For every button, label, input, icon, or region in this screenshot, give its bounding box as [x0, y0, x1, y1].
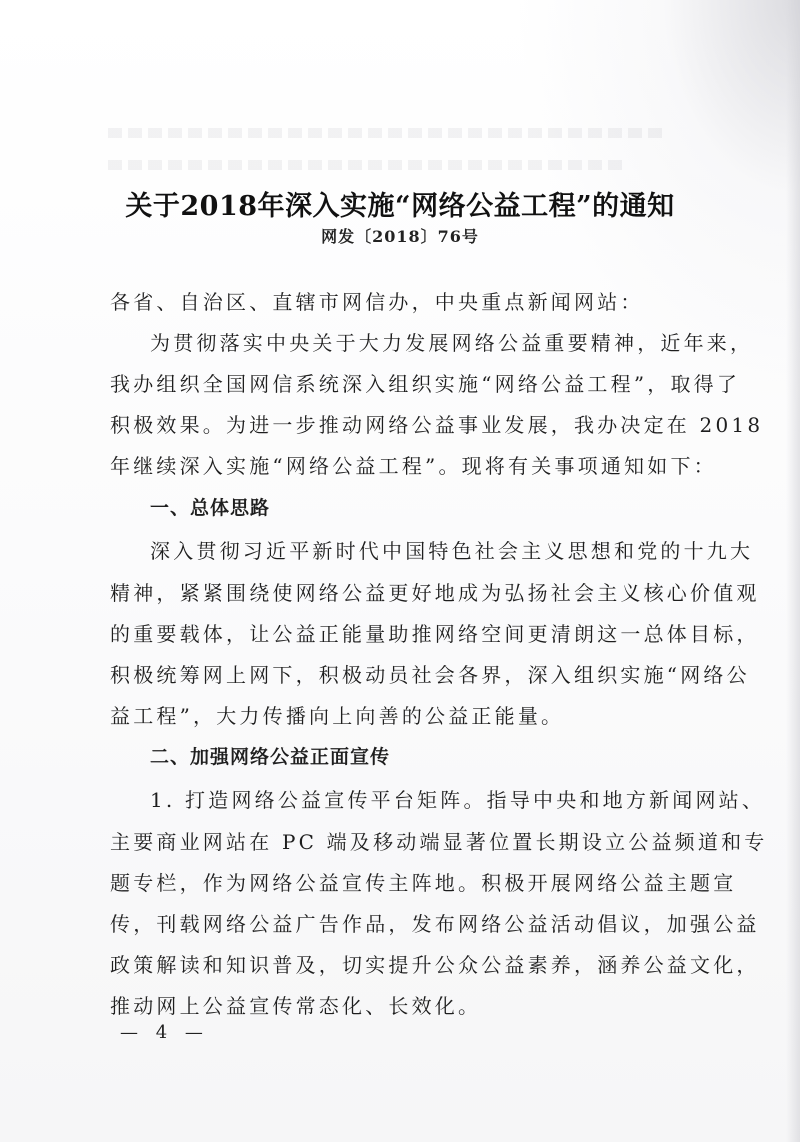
section-heading: 一、总体思路	[150, 493, 760, 520]
section-line: 1. 打造网络公益宣传平台矩阵。指导中央和地方新闻网站、	[150, 784, 760, 813]
section-line: 传，刊载网络公益广告作品，发布网络公益活动倡议，加强公益	[110, 908, 720, 937]
section-line: 精神，紧紧围绕使网络公益更好地成为弘扬社会主义核心价值观	[110, 577, 720, 606]
intro-line: 年继续深入实施“网络公益工程”。现将有关事项通知如下：	[110, 450, 720, 479]
page-edge-shadow	[786, 0, 800, 1142]
bleed-through-text	[108, 160, 628, 170]
document-number: 网发〔2018〕76号	[0, 224, 800, 247]
section-line: 的重要载体，让公益正能量助推网络空间更清朗这一总体目标，	[110, 618, 720, 647]
section-line: 益工程”，大力传播向上向善的公益正能量。	[110, 700, 720, 729]
section-line: 深入贯彻习近平新时代中国特色社会主义思想和党的十九大	[150, 535, 760, 564]
document-title: 关于2018年深入实施“网络公益工程”的通知	[0, 184, 800, 223]
intro-line: 为贯彻落实中央关于大力发展网络公益重要精神，近年来，	[150, 327, 760, 356]
page-number: — 4 —	[120, 1022, 209, 1043]
section-line: 主要商业网站在 PC 端及移动端显著位置长期设立公益频道和专	[110, 826, 720, 855]
section-line: 政策解读和知识普及，切实提升公众公益素养，涵养公益文化，	[110, 949, 720, 978]
intro-line: 我办组织全国网信系统深入组织实施“网络公益工程”，取得了	[110, 368, 720, 397]
intro-line: 积极效果。为进一步推动网络公益事业发展，我办决定在 2018	[110, 409, 720, 438]
section-line: 积极统筹网上网下，积极动员社会各界，深入组织实施“网络公	[110, 659, 720, 688]
salutation: 各省、自治区、直辖市网信办，中央重点新闻网站：	[110, 286, 720, 315]
section-heading: 二、加强网络公益正面宣传	[150, 742, 760, 769]
section-line: 题专栏，作为网络公益宣传主阵地。积极开展网络公益主题宣	[110, 867, 720, 896]
section-line: 推动网上公益宣传常态化、长效化。	[110, 990, 720, 1019]
bleed-through-text	[108, 128, 668, 138]
